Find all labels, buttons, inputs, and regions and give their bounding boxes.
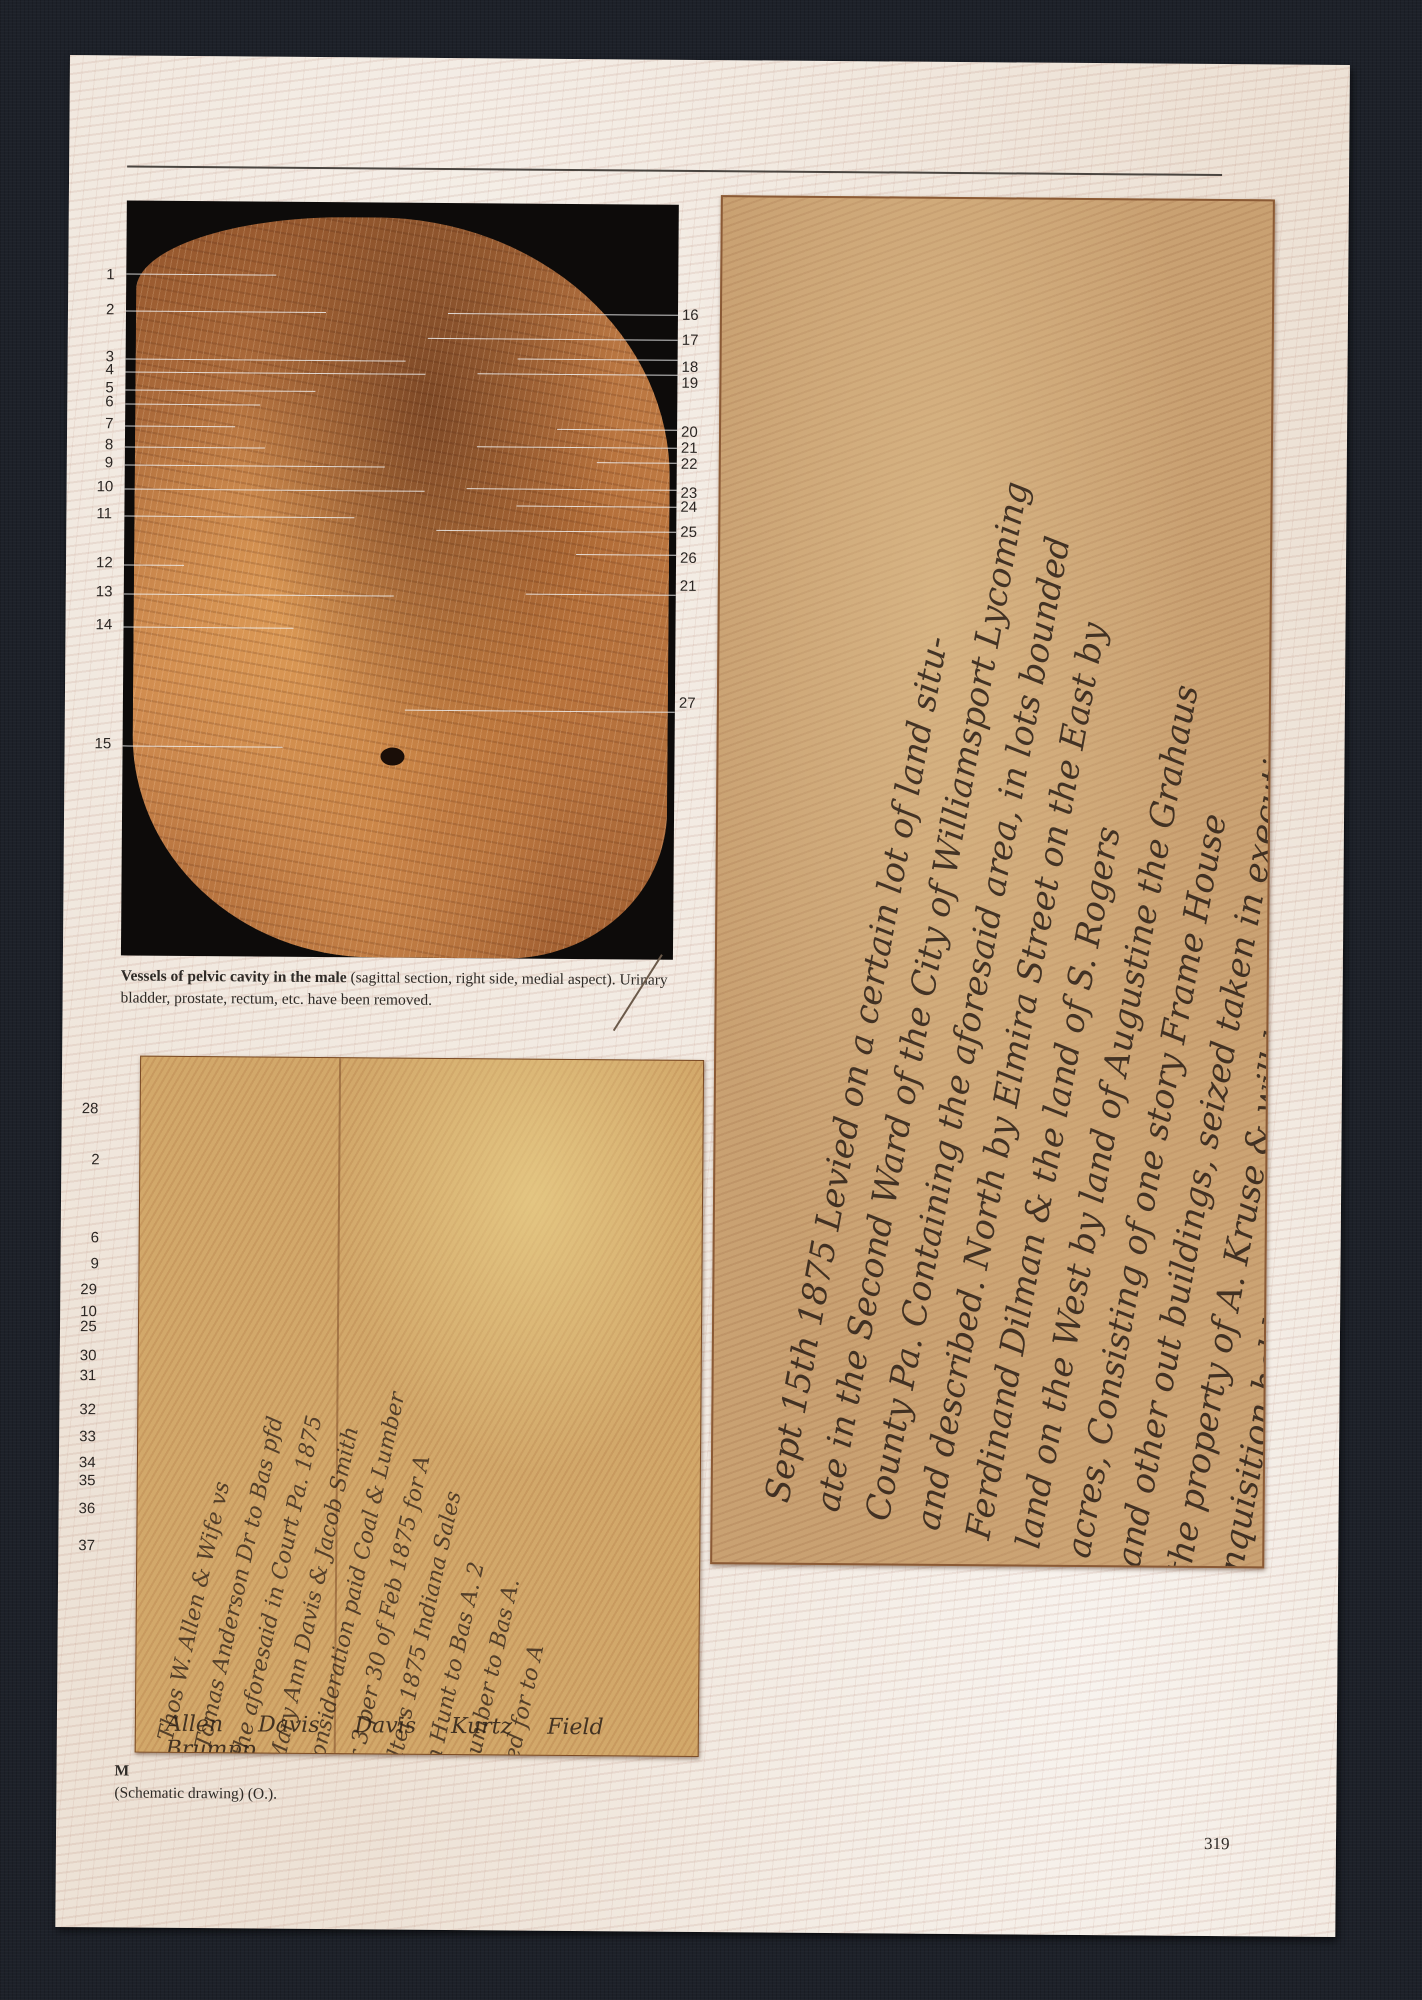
schematic-label: 30 — [80, 1348, 97, 1363]
letter-handwriting: Thos W. Allen & Wife vs Tomas Anderson D… — [148, 1356, 603, 1757]
dissected-specimen — [131, 216, 672, 960]
page-number: 319 — [1204, 1834, 1230, 1854]
figure-label: 27 — [679, 696, 696, 711]
figure-label: 17 — [682, 333, 699, 348]
figure-label: 8 — [105, 437, 113, 452]
schematic-label: 6 — [91, 1230, 99, 1245]
caption-title: Vessels of pelvic cavity in the male — [121, 967, 347, 986]
figure-label: 26 — [680, 551, 697, 566]
caption-line-2: (Schematic drawing) (O.). — [114, 1782, 714, 1808]
figure-label: 9 — [105, 455, 113, 470]
handwritten-deed-document: Sept 15th 1875 Levied on a certain lot o… — [710, 195, 1275, 1568]
specimen-foramen — [380, 747, 404, 765]
schematic-label: 25 — [80, 1319, 97, 1334]
figure-label: 1 — [106, 267, 114, 282]
schematic-label: 29 — [80, 1282, 97, 1297]
schematic-label: 9 — [90, 1256, 98, 1271]
figure-label: 13 — [96, 584, 113, 599]
signature: Allen — [166, 1712, 223, 1737]
handwritten-letter-document: Thos W. Allen & Wife vs Tomas Anderson D… — [135, 1056, 704, 1757]
figure-label: 15 — [95, 736, 112, 751]
schematic-caption: M (Schematic drawing) (O.). — [114, 1760, 714, 1808]
schematic-label: 34 — [79, 1455, 96, 1470]
figure-label: 16 — [682, 308, 699, 323]
figure-label: 2 — [106, 302, 114, 317]
figure-label: 21 — [681, 441, 698, 456]
figure-label: 21 — [680, 579, 697, 594]
schematic-label: 35 — [79, 1473, 96, 1488]
signature: Field — [547, 1715, 604, 1740]
schematic-label: 28 — [82, 1101, 99, 1116]
figure-caption: Vessels of pelvic cavity in the male (sa… — [121, 965, 701, 1013]
figure-label: 11 — [96, 506, 112, 521]
figure-label: 18 — [682, 360, 699, 375]
signature-row: Allen Davis Davis Kurtz Field Brumpp — [166, 1712, 698, 1757]
figure-label: 6 — [105, 394, 113, 409]
figure-label: 19 — [681, 376, 698, 391]
figure-label: 4 — [105, 362, 113, 377]
signature: Davis — [354, 1713, 416, 1738]
schematic-label: 31 — [80, 1368, 97, 1383]
figure-label: 10 — [97, 479, 114, 494]
caption-obscured-start: M — [114, 1762, 129, 1779]
figure-label: 24 — [680, 500, 697, 515]
schematic-label: 32 — [79, 1402, 96, 1417]
figure-label: 7 — [105, 416, 113, 431]
figure-label: 12 — [96, 555, 113, 570]
schematic-label: 2 — [91, 1152, 99, 1167]
anatomy-photo — [121, 200, 679, 959]
signature: Davis — [258, 1713, 320, 1738]
figure-label: 14 — [95, 617, 112, 632]
figure-label: 20 — [681, 425, 698, 440]
figure-label: 22 — [681, 457, 698, 472]
signature: Brumpp — [166, 1737, 256, 1757]
header-rule — [127, 165, 1222, 176]
schematic-label: 37 — [78, 1538, 95, 1553]
figure-label: 25 — [680, 525, 697, 540]
collage-page: 1 2 3 4 5 6 7 8 9 10 11 12 13 14 15 16 1… — [55, 55, 1350, 1937]
schematic-label: 10 — [80, 1304, 97, 1319]
deed-handwriting: Sept 15th 1875 Levied on a certain lot o… — [753, 468, 1275, 1568]
schematic-label: 36 — [79, 1501, 96, 1516]
signature: Kurtz — [451, 1714, 512, 1739]
schematic-label: 33 — [79, 1429, 96, 1444]
